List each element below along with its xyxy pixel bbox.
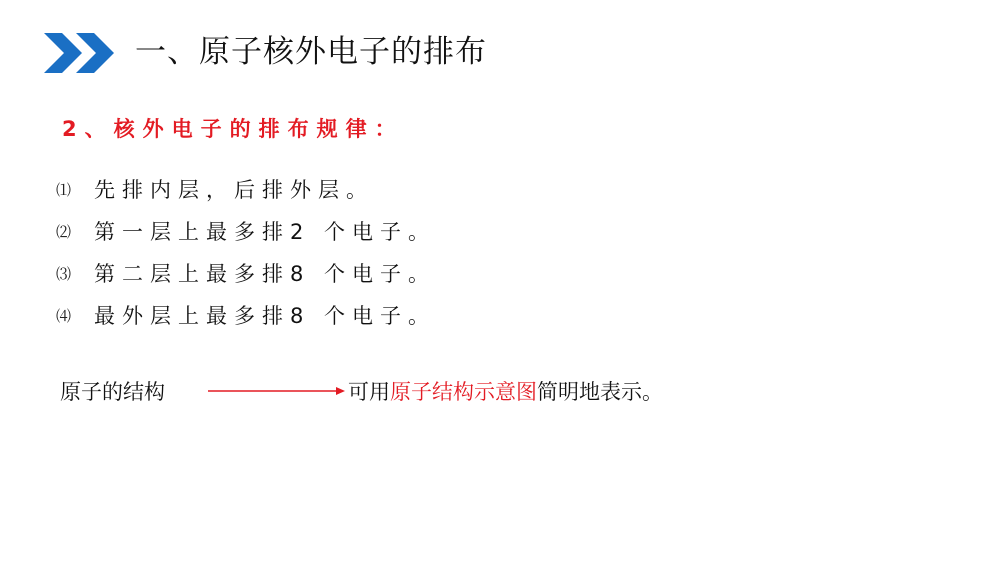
rule-text: 先排内层，后排外层。 [94,174,374,204]
rule-number: ⑴ [56,179,94,200]
structure-highlight: 原子结构示意图 [390,376,537,406]
rule-number: ⑶ [56,263,94,284]
rule-item: ⑵ 第一层上最多排2 个电子。 [56,210,436,252]
section-subtitle: 2、核外电子的排布规律： [62,114,404,144]
right-arrow-icon [208,385,346,397]
rule-number: ⑷ [56,305,94,326]
rules-list: ⑴ 先排内层，后排外层。 ⑵ 第一层上最多排2 个电子。 ⑶ 第二层上最多排8 … [56,168,436,336]
double-chevron-right-icon [44,33,116,73]
header [44,32,116,74]
structure-suffix: 简明地表示。 [537,376,663,406]
rule-item: ⑷ 最外层上最多排8 个电子。 [56,294,436,336]
structure-label: 原子的结构 [60,376,208,406]
rule-number: ⑵ [56,221,94,242]
rule-text: 最外层上最多排8 个电子。 [94,300,436,330]
rule-text: 第二层上最多排8 个电子。 [94,258,436,288]
rule-text: 第一层上最多排2 个电子。 [94,216,436,246]
structure-prefix: 可用 [348,376,390,406]
page-title: 一、原子核外电子的排布 [135,30,487,74]
rule-item: ⑴ 先排内层，后排外层。 [56,168,436,210]
structure-line: 原子的结构 可用 原子结构示意图 简明地表示。 [60,376,663,406]
rule-item: ⑶ 第二层上最多排8 个电子。 [56,252,436,294]
